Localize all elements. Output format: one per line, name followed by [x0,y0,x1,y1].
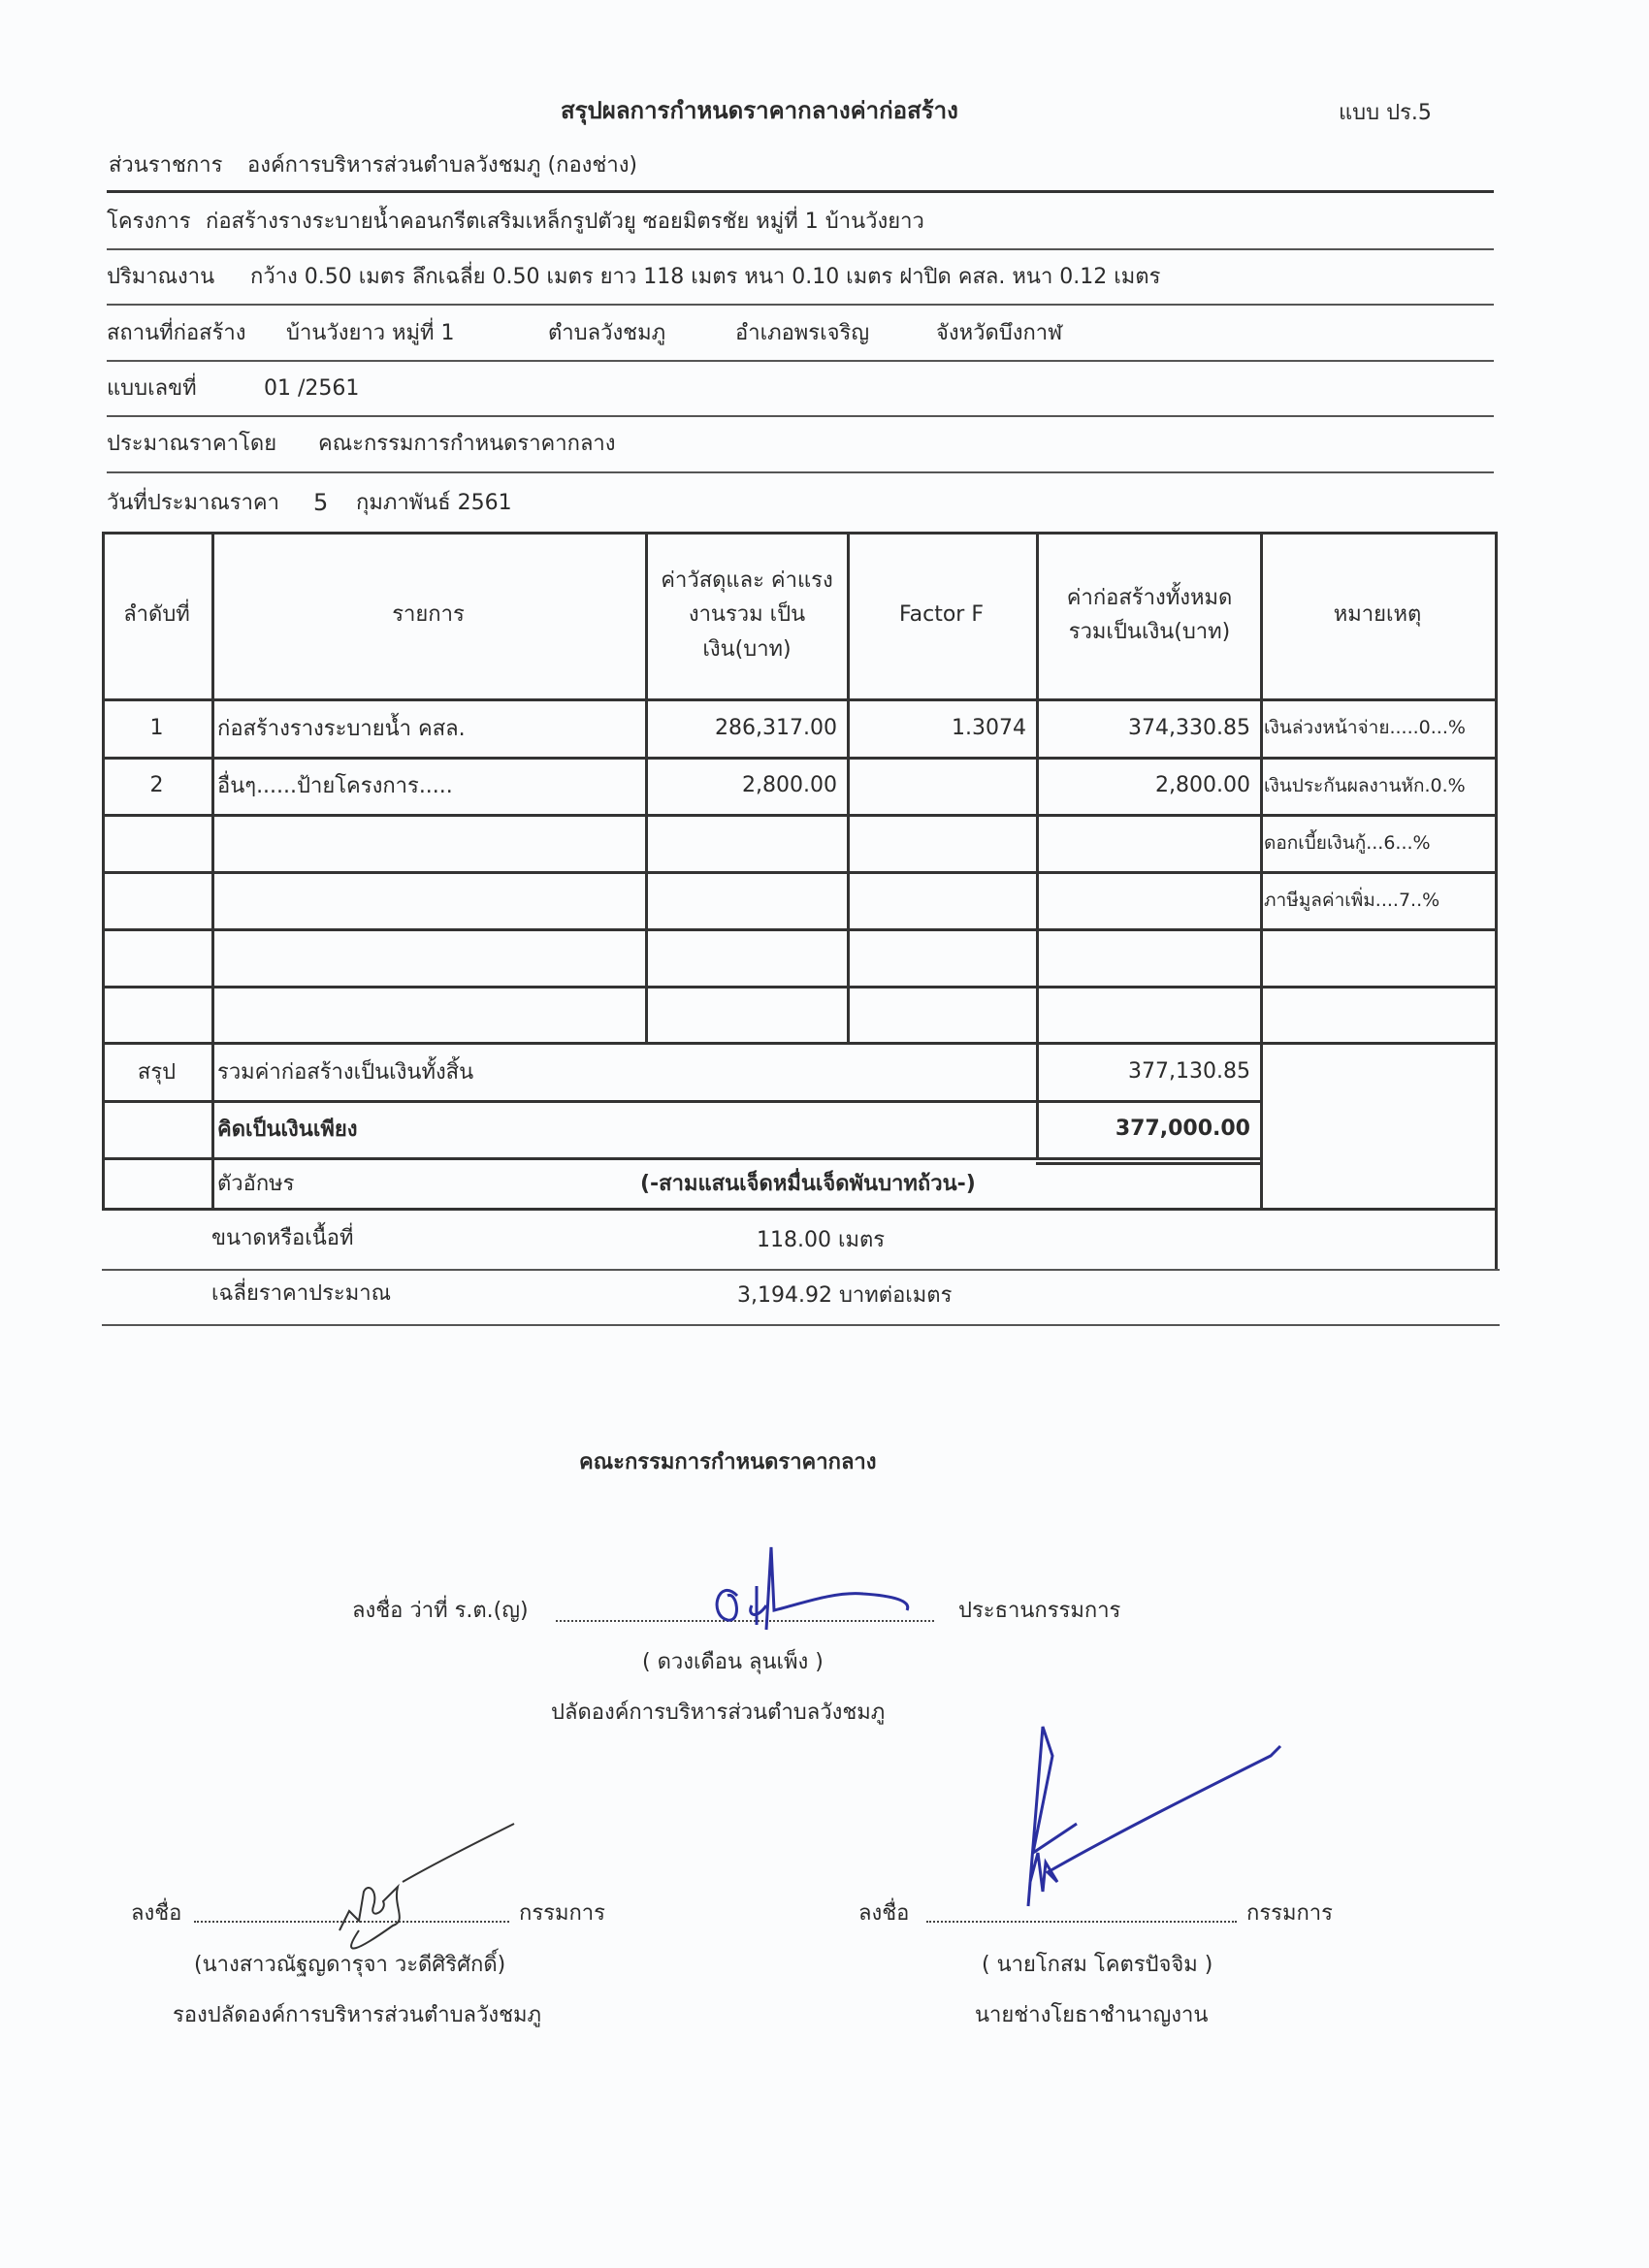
date-day: 5 [313,491,328,514]
date-rest: กุมภาพันธ์ 2561 [356,493,512,514]
row-remark: ภาษีมูลค่าเพิ่ม....7..% [1260,871,1495,928]
row-material-labor [645,928,847,986]
location-label: สถานที่ก่อสร้าง [107,323,246,344]
chair-sign-label: ลงชื่อ ว่าที่ ร.ต.(ญ) [352,1601,529,1622]
row-material-labor [645,986,847,1042]
row-no [102,986,211,1042]
row-total [1036,871,1260,928]
row-factor-f: 1.3074 [847,698,1036,757]
size-label: ขนาดหรือเนื้อที่ [211,1228,354,1249]
divider [107,190,1494,193]
row-total [1036,814,1260,871]
estimated-by-value: คณะกรรมการกำหนดราคากลาง [318,434,616,455]
location-province: จังหวัดบึงกาฬ [936,323,1062,344]
row-factor-f [847,986,1036,1042]
quantity-value: กว้าง 0.50 เมตร ลึกเฉลี่ย 0.50 เมตร ยาว … [250,267,1160,288]
row-total [1036,928,1260,986]
member1-signature [320,1814,533,1960]
row-item [211,814,645,871]
date-label: วันที่ประมาณราคา [107,493,279,514]
col-header-remark: หมายเหตุ [1260,532,1495,698]
divider [102,1269,1500,1271]
row-total [1036,986,1260,1042]
row-item [211,986,645,1042]
row-material-labor: 2,800.00 [645,757,847,814]
quantity-label: ปริมาณงาน [107,267,214,288]
project-label: โครงการ [107,211,191,233]
estimated-by-label: ประมาณราคาโดย [107,434,276,455]
drawing-no-value: 01 /2561 [264,378,359,400]
row-item: อื่นๆ......ป้ายโครงการ..... [211,757,645,814]
member2-sign-label: ลงชื่อ [858,1903,909,1925]
row-item [211,928,645,986]
col-header-material-labor: ค่าวัสดุและ ค่าแรงงานรวม เป็นเงิน(บาท) [660,532,834,698]
row-no [102,814,211,871]
project-value: ก่อสร้างรางระบายน้ำคอนกรีตเสริมเหล็กรูปต… [206,211,924,233]
member2-signature [999,1717,1290,1921]
words-label: ตัวอักษร [211,1157,502,1208]
location-village: บ้านวังยาว หมู่ที่ 1 [286,323,455,344]
row-remark: เงินประกันผลงานหัก.0.% [1260,757,1495,814]
avg-label: เฉลี่ยราคาประมาณ [211,1283,391,1305]
price-table: ลำดับที่ รายการ ค่าวัสดุและ ค่าแรงงานรวม… [102,532,1498,1208]
divider [107,471,1494,473]
member1-position: รองปลัดองค์การบริหารส่วนตำบลวังชมภู [173,2005,541,2026]
location-district: อำเภอพรเจริญ [735,323,869,344]
chair-name: ( ดวงเดือน ลุนเพ็ง ) [642,1652,824,1673]
divider [107,415,1494,417]
member1-sign-label: ลงชื่อ [131,1903,181,1925]
row-total: 374,330.85 [1036,698,1260,757]
row-remark [1260,928,1495,986]
row-material-labor [645,871,847,928]
chair-position: ปลัดองค์การบริหารส่วนตำบลวังชมภู [551,1702,885,1724]
col-header-total: ค่าก่อสร้างทั้งหมด รวมเป็นเงิน(บาท) [1052,532,1246,698]
row-remark: ดอกเบี้ยเงินกู้...6...% [1260,814,1495,871]
summary-label: สรุป [102,1042,211,1100]
row-material-labor: 286,317.00 [645,698,847,757]
row-no [102,871,211,928]
committee-title: คณะกรรมการกำหนดราคากลาง [579,1452,877,1474]
row-factor-f [847,814,1036,871]
chair-role: ประธานกรรมการ [958,1601,1120,1622]
row-no: 2 [102,757,211,814]
row-total: 2,800.00 [1036,757,1260,814]
row-remark: เงินล่วงหน้าจ่าย.....0...% [1260,698,1495,757]
size-value: 118.00 เมตร [757,1230,885,1251]
row-factor-f [847,757,1036,814]
document-title: สรุปผลการกำหนดราคากลางค่าก่อสร้าง [561,99,958,122]
member2-name: ( นายโกสม โคตรปัจจิม ) [982,1955,1212,1976]
rounded-label: คิดเป็นเงินเพียง [211,1100,793,1157]
divider [102,1324,1500,1326]
divider [107,304,1494,306]
row-no: 1 [102,698,211,757]
divider [107,360,1494,362]
agency-value: องค์การบริหารส่วนตำบลวังชมภู (กองช่าง) [247,155,637,177]
agency-label: ส่วนราชการ [109,155,222,177]
col-header-no: ลำดับที่ [102,532,211,698]
drawing-no-label: แบบเลขที่ [107,378,197,400]
divider [107,248,1494,250]
row-factor-f [847,871,1036,928]
avg-value: 3,194.92 บาทต่อเมตร [737,1285,952,1307]
words-value: (-สามแสนเจ็ดหมื่นเจ็ดพันบาทถ้วน-) [640,1157,1125,1208]
chair-signature [698,1538,951,1654]
row-remark [1260,986,1495,1042]
row-item: ก่อสร้างรางระบายน้ำ คสล. [211,698,645,757]
row-material-labor [645,814,847,871]
member2-signature-line [926,1921,1237,1923]
row-factor-f [847,928,1036,986]
total-label: รวมค่าก่อสร้างเป็นเงินทั้งสิ้น [211,1042,793,1100]
form-code: แบบ ปร.5 [1339,103,1432,124]
rounded-value: 377,000.00 [1036,1100,1260,1157]
total-value: 377,130.85 [1036,1042,1260,1100]
row-item [211,871,645,928]
col-header-factor-f: Factor F [847,532,1036,698]
member2-position: นายช่างโยธาชำนาญงาน [975,2005,1208,2026]
row-no [102,928,211,986]
col-header-item: รายการ [211,532,645,698]
location-subdistrict: ตำบลวังชมภู [548,323,665,344]
